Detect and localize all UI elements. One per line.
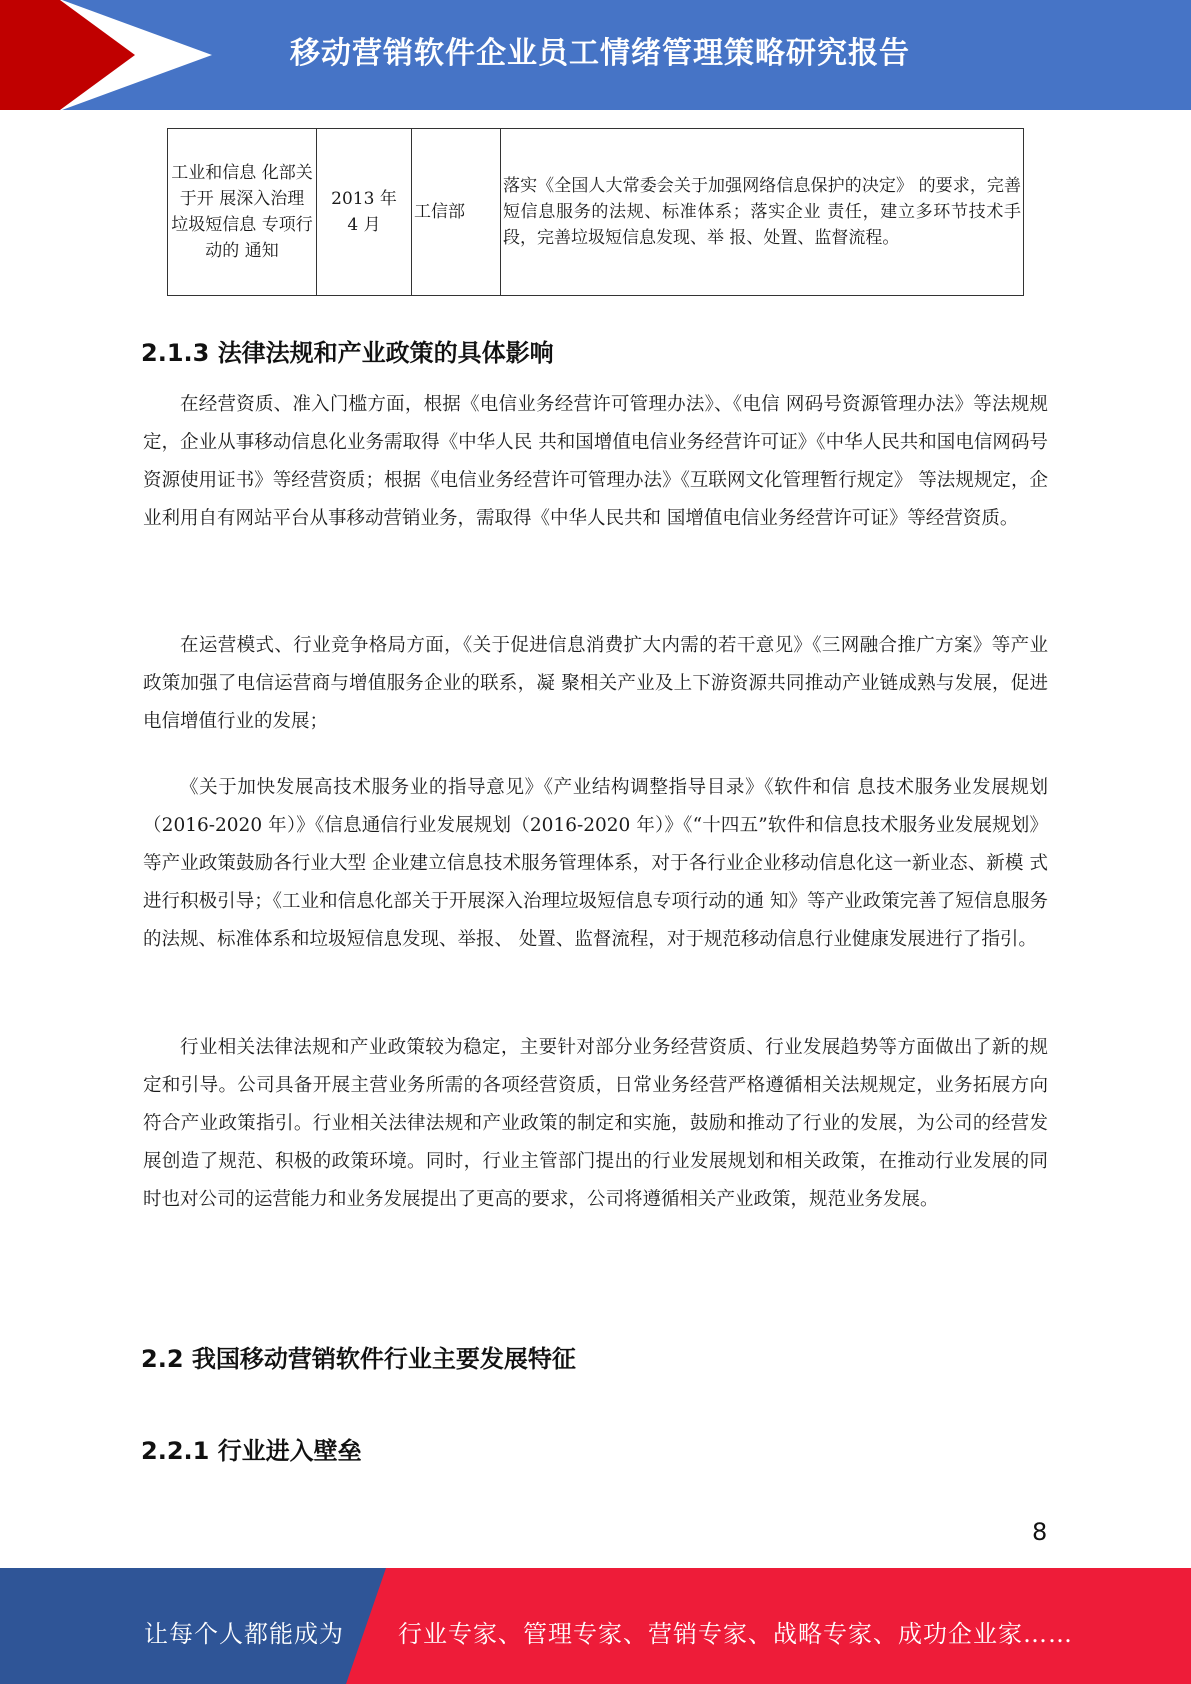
report-title: 移动营销软件企业员工情绪管理策略研究报告 [290,28,910,72]
policy-table: 工业和信息 化部关于开 展深入治理 垃圾短信息 专项行动的 通知 2013 年 … [167,128,1024,296]
page-number: 8 [1032,1518,1047,1546]
footer-slogan-right: 行业专家、管理专家、营销专家、战略专家、成功企业家…… [398,1614,1073,1649]
policy-date-cell: 2013 年 4 月 [317,129,412,296]
header-arrow-shape-tip [60,0,135,110]
paragraph: 在经营资质、准入门槛方面，根据《电信业务经营许可管理办法》、《电信 网码号资源管… [143,386,1048,538]
policy-name-cell: 工业和信息 化部关于开 展深入治理 垃圾短信息 专项行动的 通知 [168,129,317,296]
header-arrow-shape [0,0,60,110]
paragraph: 《关于加快发展高技术服务业的指导意见》《产业结构调整指导目录》《软件和信 息技术… [143,769,1048,959]
policy-issuer-cell: 工信部 [412,129,501,296]
paragraph: 在运营模式、行业竞争格局方面，《关于促进信息消费扩大内需的若干意见》《三网融合推… [143,627,1048,741]
policy-date-month: 4 月 [319,212,409,238]
policy-date-year: 2013 年 [319,186,409,212]
policy-content-cell: 落实《全国人大常委会关于加强网络信息保护的决定》 的要求，完善短信息服务的法规、… [501,129,1024,296]
footer-slogan-left: 让每个人都能成为 [144,1614,344,1649]
table-row: 工业和信息 化部关于开 展深入治理 垃圾短信息 专项行动的 通知 2013 年 … [168,129,1024,296]
section-heading-2-2: 2.2 我国移动营销软件行业主要发展特征 [141,1339,576,1374]
page-header: 移动营销软件企业员工情绪管理策略研究报告 [0,0,1191,110]
section-heading-2-1-3: 2.1.3 法律法规和产业政策的具体影响 [141,333,554,368]
section-heading-2-2-1: 2.2.1 行业进入壁垒 [141,1431,362,1466]
paragraph: 行业相关法律法规和产业政策较为稳定，主要针对部分业务经营资质、行业发展趋势等方面… [143,1029,1048,1219]
page-footer: 让每个人都能成为 行业专家、管理专家、营销专家、战略专家、成功企业家…… [0,1568,1191,1684]
